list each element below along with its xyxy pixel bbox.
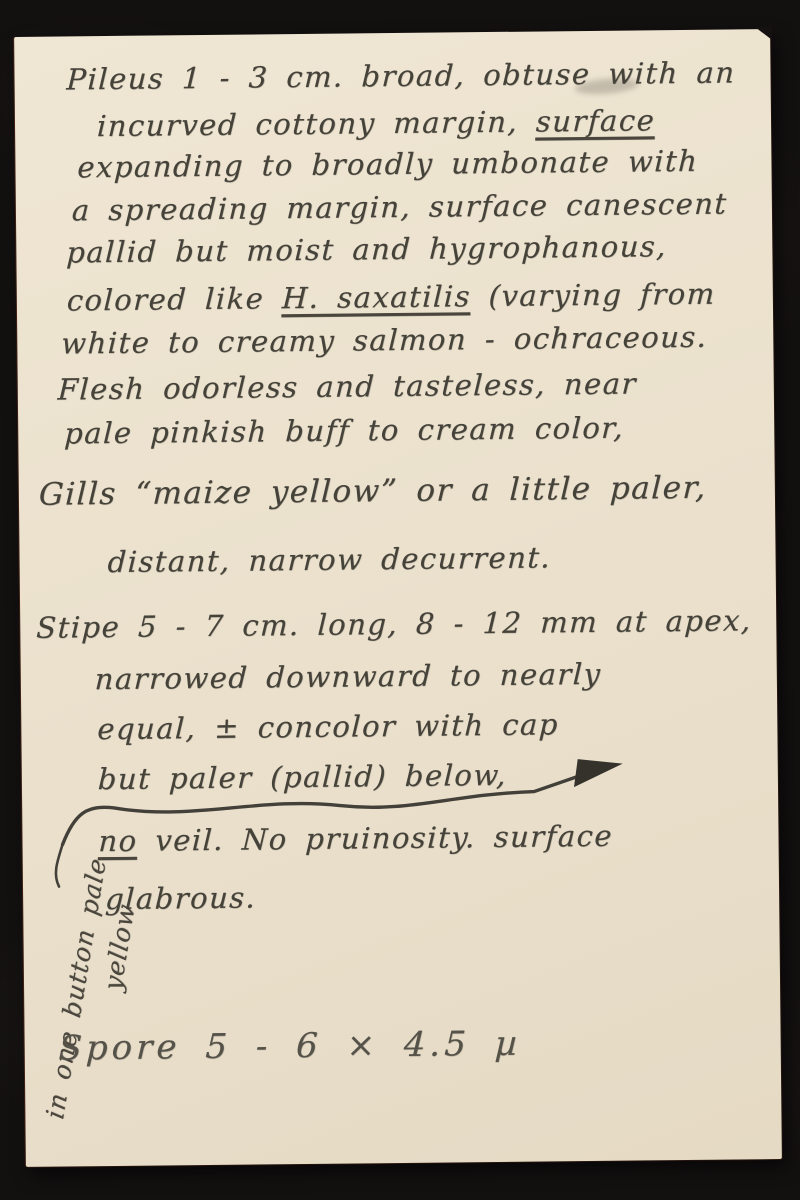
note-line-14: equal, ± concolor with cap [97, 707, 560, 746]
arrowhead [574, 759, 623, 788]
note-card: Pileus 1 - 3 cm. broad, obtuse with anin… [14, 29, 782, 1167]
note-line-1: Pileus 1 - 3 cm. broad, obtuse with an [66, 55, 736, 96]
note-line-8: Flesh odorless and tasteless, near [57, 366, 638, 406]
text-segment: Flesh odorless and tasteless, near [57, 366, 638, 406]
photo-background: { "document": { "kind": "handwritten ind… [0, 0, 800, 1200]
text-segment: Pileus 1 - 3 cm. broad, obtuse with an [66, 55, 736, 96]
note-line-11: distant, narrow decurrent. [107, 540, 552, 579]
text-segment: distant, narrow decurrent. [107, 540, 552, 579]
text-segment: Stipe 5 - 7 cm. long, 8 - 12 mm at apex, [36, 603, 753, 645]
text-segment: pale pinkish buff to cream color, [64, 411, 625, 451]
text-segment: but paler (pallid) below, [97, 758, 508, 796]
note-line-4: a spreading margin, surface canescent [71, 187, 728, 228]
text-segment: narrowed downward to nearly [94, 657, 602, 696]
note-line-5: pallid but moist and hygrophanous, [66, 229, 668, 269]
text-segment: white to creamy salmon - ochraceous. [61, 320, 709, 361]
text-segment: incurved cottony margin, [96, 105, 536, 144]
text-segment: (varying from [470, 277, 716, 314]
connector-stroke [56, 845, 63, 887]
underlined-text: no [98, 824, 139, 858]
text-segment: Gills “maize yellow” or a little paler, [38, 470, 707, 513]
text-segment: veil. No pruinosity. surface [137, 819, 614, 858]
text-segment: colored like [66, 281, 283, 317]
note-line-13: narrowed downward to nearly [94, 657, 602, 696]
text-segment: equal, ± concolor with cap [97, 707, 560, 746]
note-line-9: pale pinkish buff to cream color, [64, 411, 625, 451]
text-segment: pallid but moist and hygrophanous, [66, 229, 668, 269]
note-line-3: expanding to broadly umbonate with [77, 144, 699, 185]
underlined-text: H. saxatilis [281, 279, 471, 315]
note-line-12: Stipe 5 - 7 cm. long, 8 - 12 mm at apex, [36, 603, 753, 645]
card-corner-nick [754, 26, 772, 40]
spore-measurement-line: Spore 5 - 6 × 4.5 µ [58, 1024, 522, 1069]
handwritten-text-block: Pileus 1 - 3 cm. broad, obtuse with anin… [14, 29, 770, 37]
note-line-7: white to creamy salmon - ochraceous. [61, 320, 709, 361]
note-line-10: Gills “maize yellow” or a little paler, [38, 470, 707, 513]
text-segment: expanding to broadly umbonate with [77, 144, 699, 185]
text-segment: a spreading margin, surface canescent [71, 187, 728, 228]
note-line-6: colored like H. saxatilis (varying from [66, 277, 716, 318]
margin-annotation: in one button pale yellow [37, 854, 151, 1130]
note-line-15: but paler (pallid) below, [97, 758, 508, 796]
underlined-text: surface [535, 103, 656, 138]
note-line-2: incurved cottony margin, surface [96, 103, 656, 143]
note-line-16: no veil. No pruinosity. surface [98, 819, 614, 858]
